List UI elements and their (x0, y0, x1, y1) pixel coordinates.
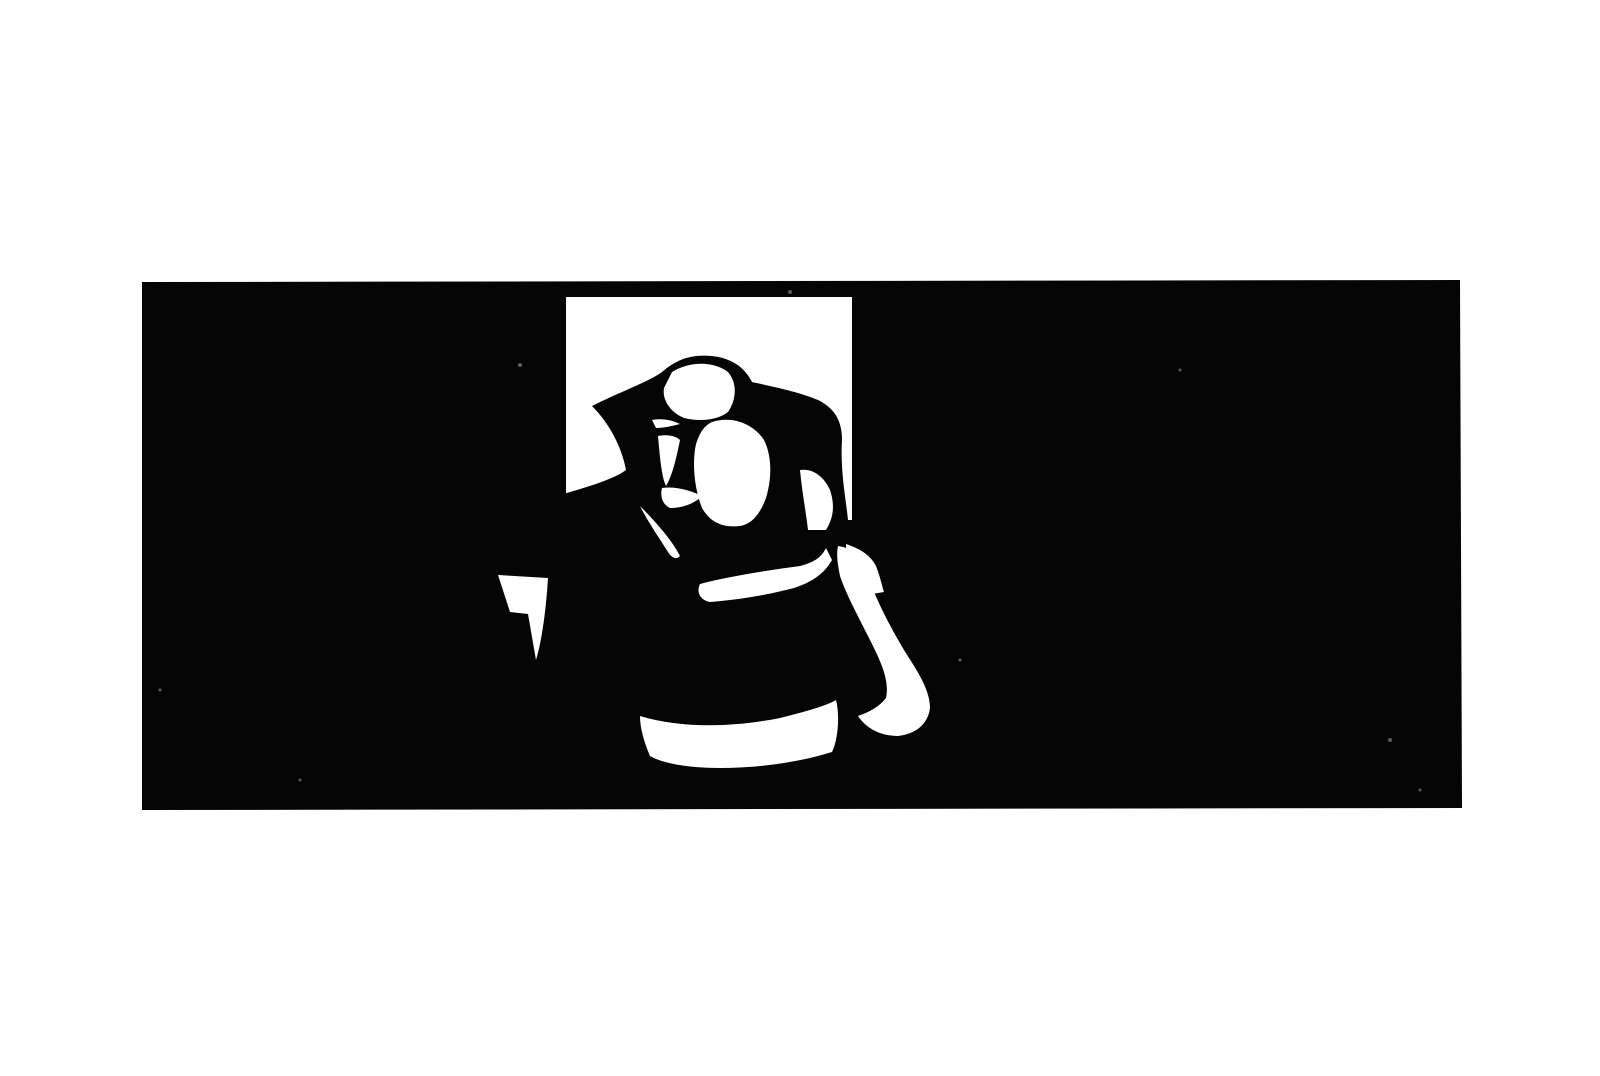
paper-background: High-contrast black and white relief pri… (0, 0, 1600, 1076)
print-artwork (0, 0, 1600, 1076)
cheek-highlight (694, 420, 770, 527)
linocut-print (0, 0, 1600, 1076)
forehead-highlight (664, 364, 735, 420)
